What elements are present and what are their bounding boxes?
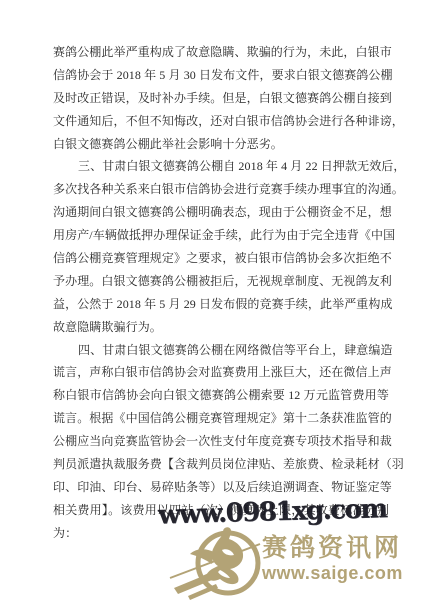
document-line: 三、甘肃白银文德赛鸽公棚自 2018 年 4 月 22 日押款无效后，	[53, 155, 389, 178]
document-page: 赛鸽公棚此举严重构成了故意隐瞒、欺骗的行为，未此，白银市信鸽协会于 2018 年…	[0, 0, 424, 600]
site-url-text: www.saige.com	[262, 563, 403, 583]
document-line: 公棚应当向竞赛监管协会一次性支付年度竞赛专项技术指导和裁	[53, 430, 389, 453]
document-line: 信鸽协会于 2018 年 5 月 30 日发布文件，要求白银文德赛鸽公棚	[53, 64, 389, 87]
document-line: 用房产/车辆做抵押办理保证金手续，此行为由于完全违背《中国	[53, 224, 389, 247]
document-line: 称白银市信鸽协会向白银文德赛鸽公棚索要 12 万元监管费用等	[53, 384, 389, 407]
document-line: 益，公然于 2018 年 5 月 29 日发布假的竞赛手续，此举严重构成	[53, 293, 389, 316]
document-line: 白银文德赛鸽公棚此举社会影响十分恶劣。	[53, 133, 389, 156]
site-logo: 赛鸽资讯网 www.saige.com	[168, 522, 424, 600]
document-line: 沟通期间白银文德赛鸽公棚明确表态，现由于公棚资金不足，想	[53, 201, 389, 224]
document-line: 赛鸽公棚此举严重构成了故意隐瞒、欺骗的行为，未此，白银市	[53, 41, 389, 64]
document-line: 故意隐瞒欺骗行为。	[53, 316, 389, 339]
site-name-text: 赛鸽资讯网	[262, 535, 402, 562]
document-line: 四、甘肃白银文德赛鸽公棚在网络微信等平台上，肆意编造	[53, 339, 389, 362]
document-line: 及时改正错误，及时补办手续。但是，白银文德赛鸽公棚自接到	[53, 87, 389, 110]
document-line: 多次找各种关系来白银市信鸽协会进行竞赛手续办理事宜的沟通。	[53, 178, 389, 201]
document-line: 谎言，声称白银市信鸽协会对监赛费用上涨巨大，还在微信上声	[53, 361, 389, 384]
document-line: 予办理。白银文德赛鸽公棚被拒后，无视规章制度、无视鸽友利	[53, 270, 389, 293]
document-text: 赛鸽公棚此举严重构成了故意隐瞒、欺骗的行为，未此，白银市信鸽协会于 2018 年…	[53, 41, 389, 545]
document-line: 文件通知后，不但不知悔改，还对白银市信鸽协会进行各种诽谤，	[53, 110, 389, 133]
document-line: 信鸽公棚竞赛管理规定》之要求，被白银市信鸽协会多次拒绝不	[53, 247, 389, 270]
document-line: 谎言。根据《中国信鸽公棚竞赛管理规定》第十二条获准监管的	[53, 407, 389, 430]
document-line: 判员派遣执裁服务费【含裁判员岗位津贴、差旅费、检录耗材（羽	[53, 453, 389, 476]
